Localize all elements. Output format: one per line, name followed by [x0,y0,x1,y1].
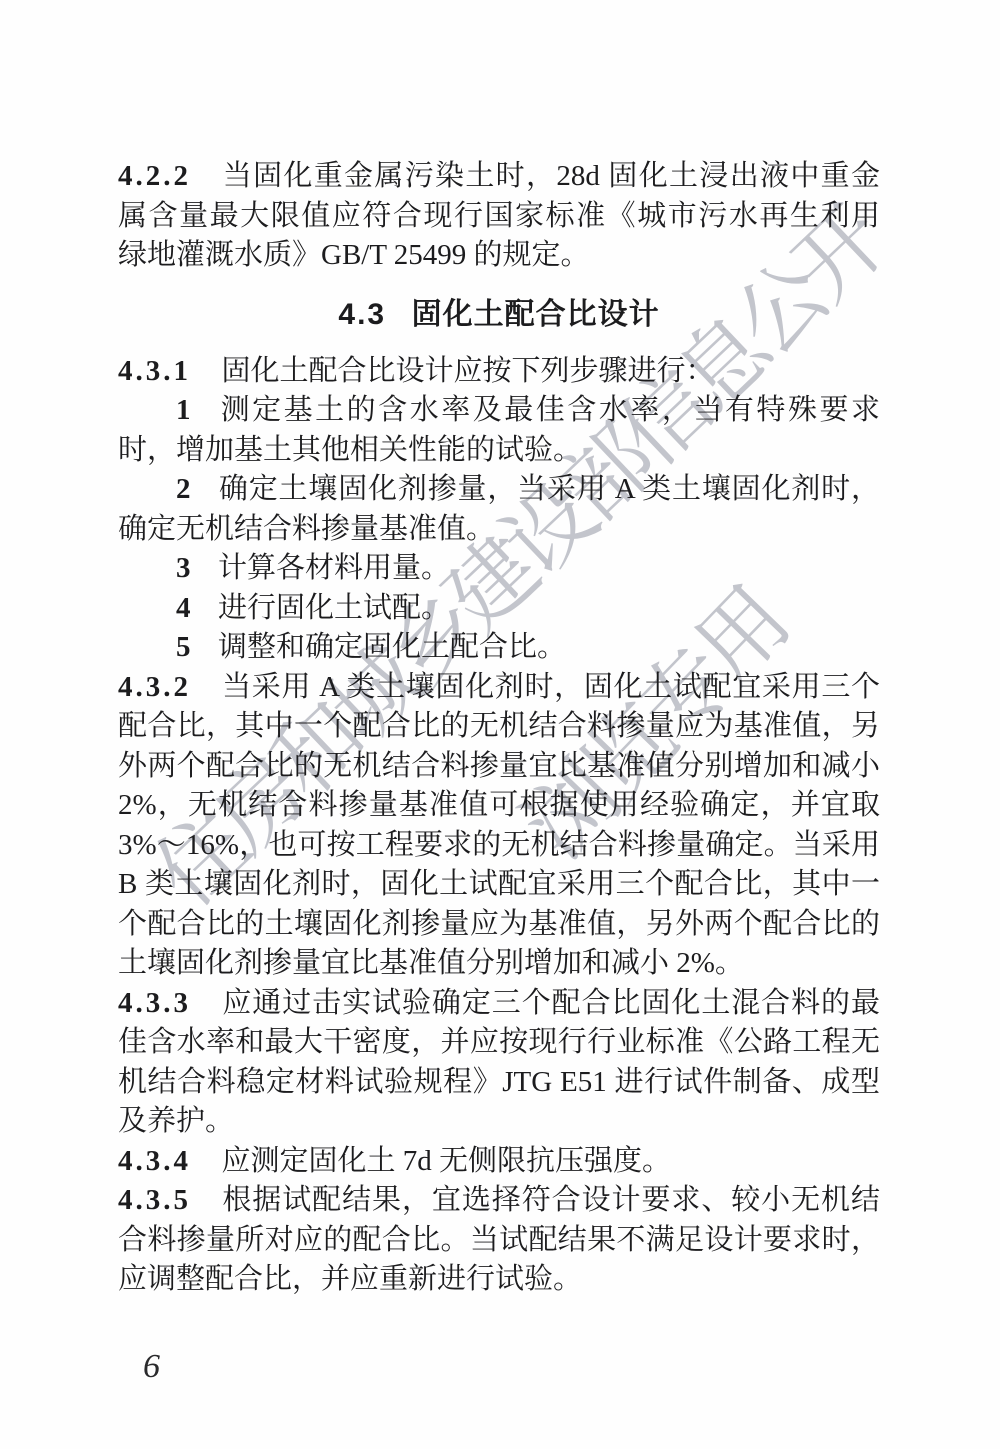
clause-4-2-2-number: 4.2.2 [118,160,191,192]
clause-4-2-2: 4.2.2当固化重金属污染土时，28d 固化土浸出液中重金属含量最大限值应符合现… [118,157,880,276]
step-3-text: 计算各材料用量。 [218,552,450,584]
step-1-text: 测定基土的含水率及最佳含水率，当有特殊要求时，增加基土其他相关性能的试验。 [118,394,880,466]
clause-4-3-4-text: 应测定固化土 7d 无侧限抗压强度。 [221,1145,671,1177]
section-heading-number: 4.3 [338,298,386,331]
document-page: 住房和城乡建设部信息公开 浏览专用 4.2.2当固化重金属污染土时，28d 固化… [0,0,1000,1449]
clause-4-3-3-number: 4.3.3 [118,987,191,1019]
clause-4-3-2-text: 当采用 A 类土壤固化剂时，固化土试配宜采用三个配合比，其中一个配合比的无机结合… [118,671,880,980]
clause-4-3-2: 4.3.2当采用 A 类土壤固化剂时，固化土试配宜采用三个配合比，其中一个配合比… [118,668,880,984]
step-4: 4进行固化土试配。 [118,589,880,629]
step-2-text: 确定土壤固化剂掺量，当采用 A 类土壤固化剂时，确定无机结合料掺量基准值。 [118,473,880,545]
step-3: 3计算各材料用量。 [118,549,880,589]
step-3-number: 3 [176,552,191,584]
clause-4-3-1-number: 4.3.1 [118,355,191,387]
step-1-number: 1 [176,394,191,426]
step-5: 5调整和确定固化土配合比。 [118,628,880,668]
step-1: 1测定基土的含水率及最佳含水率，当有特殊要求时，增加基土其他相关性能的试验。 [118,391,880,470]
step-2: 2确定土壤固化剂掺量，当采用 A 类土壤固化剂时，确定无机结合料掺量基准值。 [118,470,880,549]
clause-4-3-5-text: 根据试配结果，宜选择符合设计要求、较小无机结合料掺量所对应的配合比。当试配结果不… [118,1184,880,1295]
step-5-text: 调整和确定固化土配合比。 [218,631,566,663]
section-heading-4-3: 4.3固化土配合比设计 [118,295,880,334]
page-content: 4.2.2当固化重金属污染土时，28d 固化土浸出液中重金属含量最大限值应符合现… [0,0,1000,1300]
clause-4-3-1: 4.3.1固化土配合比设计应按下列步骤进行： [118,352,880,392]
clause-4-3-4: 4.3.4应测定固化土 7d 无侧限抗压强度。 [118,1142,880,1182]
step-5-number: 5 [176,631,191,663]
clause-4-3-5: 4.3.5根据试配结果，宜选择符合设计要求、较小无机结合料掺量所对应的配合比。当… [118,1181,880,1300]
clause-4-2-2-text: 当固化重金属污染土时，28d 固化土浸出液中重金属含量最大限值应符合现行国家标准… [118,160,909,271]
step-4-text: 进行固化土试配。 [218,592,450,624]
clause-4-3-1-text: 固化土配合比设计应按下列步骤进行： [221,355,714,387]
clause-4-3-3-text: 应通过击实试验确定三个配合比固化土混合料的最佳含水率和最大干密度，并应按现行行业… [118,987,880,1138]
section-heading-title: 固化土配合比设计 [412,298,660,331]
clause-4-3-5-number: 4.3.5 [118,1184,191,1216]
step-4-number: 4 [176,592,191,624]
page-number: 6 [143,1348,160,1386]
clause-4-3-2-number: 4.3.2 [118,671,191,703]
clause-4-3-4-number: 4.3.4 [118,1145,191,1177]
clause-4-3-3: 4.3.3应通过击实试验确定三个配合比固化土混合料的最佳含水率和最大干密度，并应… [118,984,880,1142]
step-2-number: 2 [176,473,191,505]
